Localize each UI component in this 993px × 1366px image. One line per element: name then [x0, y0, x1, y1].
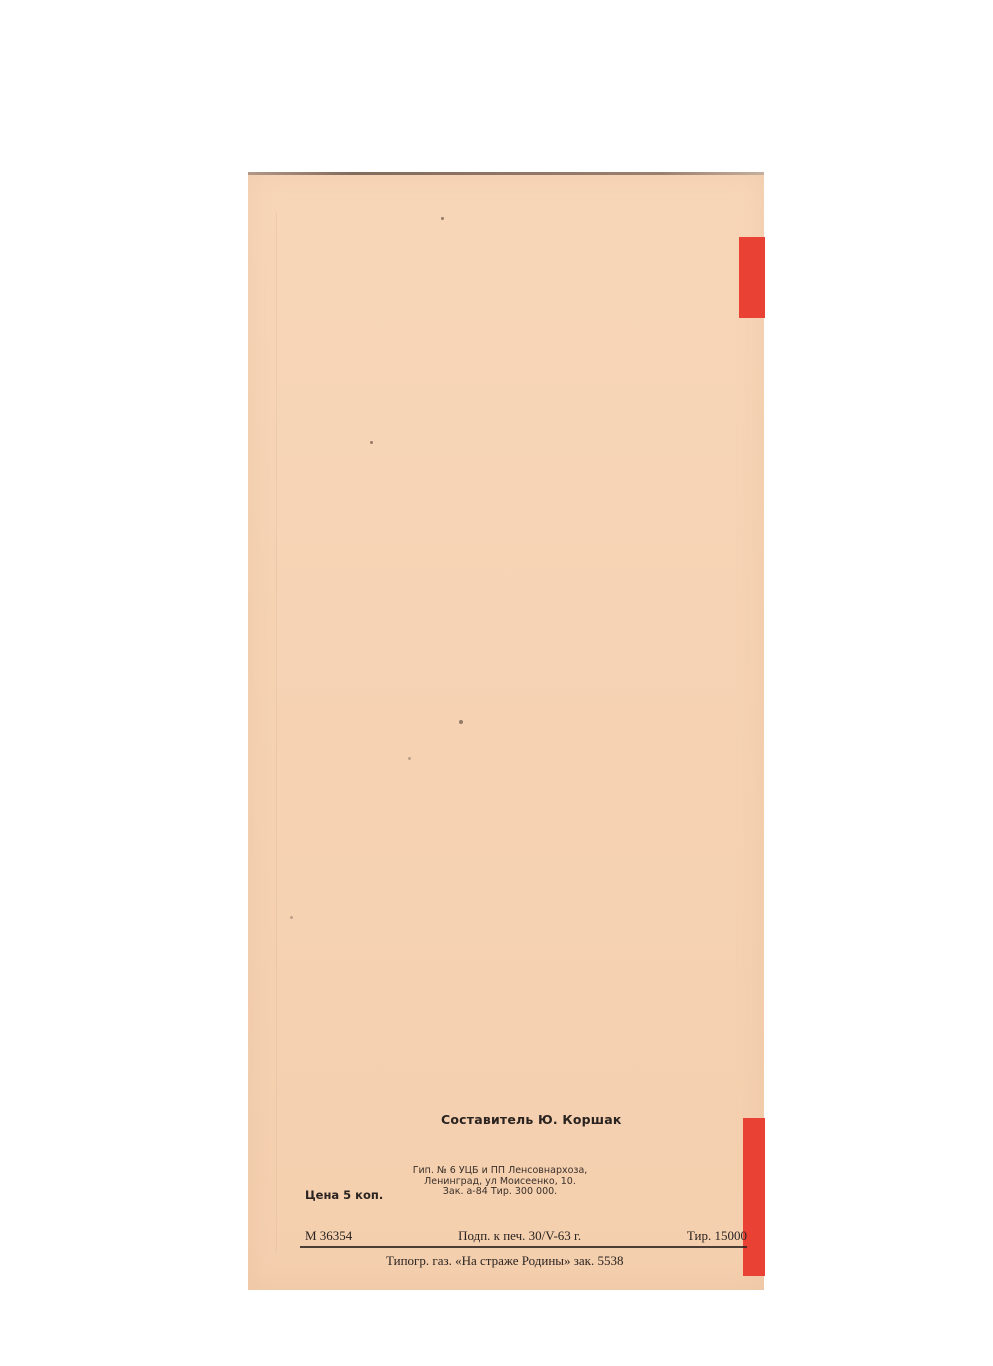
imprint-line: Зак. а-84 Тир. 300 000.: [380, 1187, 620, 1198]
paper-speck: [441, 217, 444, 220]
print-run: Тир. 15000: [687, 1228, 747, 1244]
printer-credit: Типогр. газ. «На страже Родины» зак. 553…: [386, 1253, 624, 1269]
compiler-credit: Составитель Ю. Коршак: [441, 1112, 622, 1127]
publication-details-row: М 36354 Подп. к печ. 30/V-63 г. Тир. 150…: [305, 1228, 747, 1244]
paper-speck: [408, 757, 411, 760]
divider-rule: [300, 1246, 747, 1248]
red-edge-marker-bottom: [743, 1118, 765, 1276]
price-label: Цена 5 коп.: [305, 1188, 383, 1202]
paper-speck: [459, 720, 463, 724]
paper-speck: [290, 916, 293, 919]
scan-background: Составитель Ю. Коршак Гип. № 6 УЦБ и ПП …: [0, 0, 993, 1366]
imprint-line: Гип. № 6 УЦБ и ПП Ленсовнархоза,: [380, 1166, 620, 1177]
publication-code: М 36354: [305, 1228, 352, 1244]
red-edge-marker-top: [739, 237, 765, 318]
paper-speck: [370, 441, 373, 444]
signed-to-print-date: Подп. к печ. 30/V-63 г.: [458, 1228, 581, 1244]
printing-house-imprint: Гип. № 6 УЦБ и ПП Ленсовнархоза, Ленингр…: [380, 1166, 620, 1198]
